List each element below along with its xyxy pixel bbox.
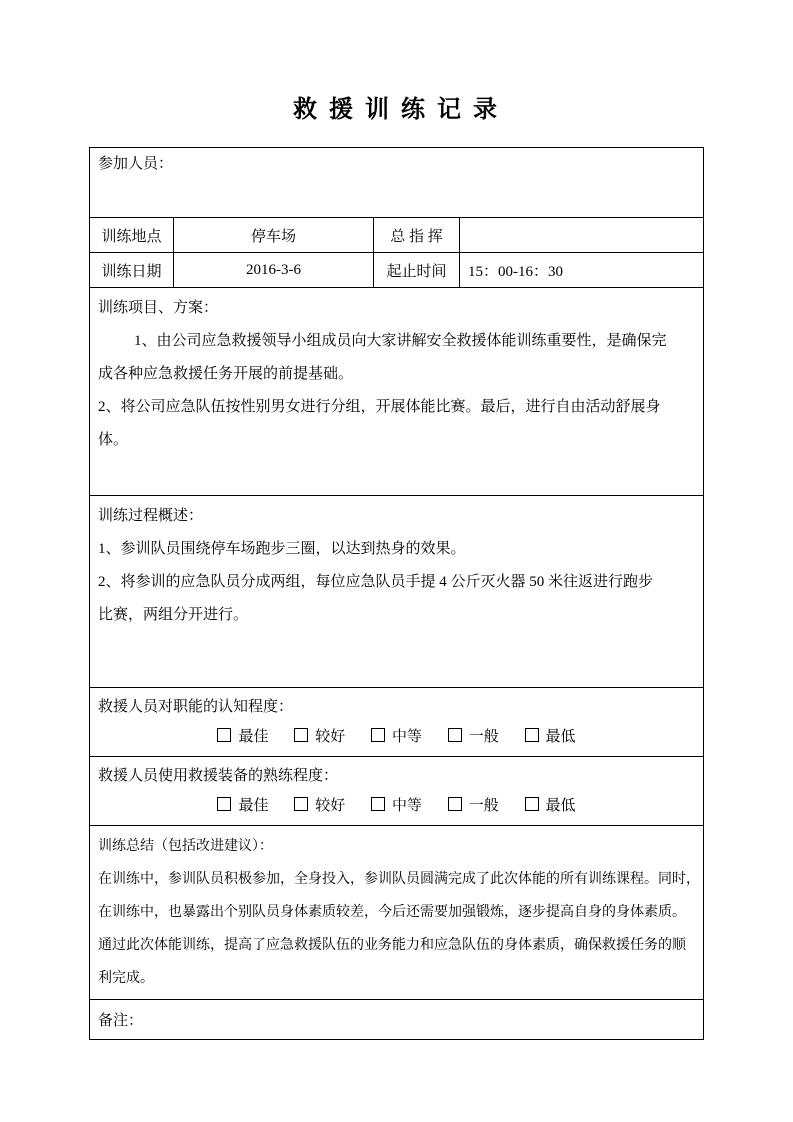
rating-option-medium[interactable]: 中等 [371,791,422,821]
rating-option-lowest[interactable]: 最低 [525,722,576,752]
checkbox-icon[interactable] [294,728,308,742]
remarks-label: 备注： [98,1013,143,1029]
summary-row: 训练总结（包括改进建议）： 在训练中，参训队员积极参加，全身投入，参训队员圆满完… [89,826,703,1000]
cognition-rating-cell: 救援人员对职能的认知程度： 最佳 较好 中等 一般 最低 [89,688,703,757]
remarks-row: 备注： [89,1000,703,1040]
plan-line: 体。 [98,424,695,457]
rating-option-best[interactable]: 最佳 [217,722,268,752]
equipment-rating-row: 救援人员使用救援装备的熟练程度： 最佳 较好 中等 一般 最低 [89,757,703,826]
process-cell: 训练过程概述： 1、参训队员围绕停车场跑步三圈，以达到热身的效果。 2、将参训的… [89,496,703,688]
date-value: 2016-3-6 [246,262,301,278]
summary-line: 通过此次体能训练，提高了应急救援队伍的业务能力和应急队伍的身体素质，确保救援任务… [98,929,695,962]
rating-option-label: 一般 [469,798,499,814]
rating-option-good[interactable]: 较好 [294,791,345,821]
rating-option-label: 较好 [315,798,345,814]
commander-label: 总 指 挥 [390,229,443,245]
rating-option-fair[interactable]: 一般 [448,722,499,752]
equipment-rating-heading: 救援人员使用救援装备的熟练程度： [98,761,695,791]
date-time-row: 训练日期 2016-3-6 起止时间 15：00-16：30 [89,253,703,288]
training-record-table: 参加人员： 训练地点 停车场 总 指 挥 训练日期 2016-3-6 [89,147,704,1040]
rating-option-good[interactable]: 较好 [294,722,345,752]
rating-option-label: 中等 [392,798,422,814]
rating-option-label: 最低 [546,798,576,814]
summary-line: 利完成。 [98,962,695,995]
summary-cell: 训练总结（包括改进建议）： 在训练中，参训队员积极参加，全身投入，参训队员圆满完… [89,826,703,1000]
time-value: 15：00-16：30 [468,264,563,280]
plan-row: 训练项目、方案： 1、由公司应急救援领导小组成员向大家讲解安全救援体能训练重要性… [89,288,703,496]
checkbox-icon[interactable] [525,797,539,811]
location-label-cell: 训练地点 [89,218,173,253]
time-label-cell: 起止时间 [373,253,459,288]
time-label: 起止时间 [386,264,446,280]
plan-line: 成各种应急救援任务开展的前提基础。 [98,358,695,391]
rating-option-label: 较好 [315,729,345,745]
checkbox-icon[interactable] [294,797,308,811]
checkbox-icon[interactable] [371,728,385,742]
participants-cell: 参加人员： [89,148,703,218]
plan-line: 2、将公司应急队伍按性别男女进行分组，开展体能比赛。最后，进行自由活动舒展身 [98,391,695,424]
process-heading: 训练过程概述： [98,500,695,533]
location-value: 停车场 [251,229,296,245]
date-value-cell: 2016-3-6 [173,253,373,288]
rating-option-best[interactable]: 最佳 [217,791,268,821]
cognition-rating-row: 救援人员对职能的认知程度： 最佳 较好 中等 一般 最低 [89,688,703,757]
rating-option-label: 中等 [392,729,422,745]
process-row: 训练过程概述： 1、参训队员围绕停车场跑步三圈，以达到热身的效果。 2、将参训的… [89,496,703,688]
location-value-cell: 停车场 [173,218,373,253]
time-value-cell: 15：00-16：30 [459,253,703,288]
checkbox-icon[interactable] [525,728,539,742]
document-page: 救 援 训 练 记 录 参加人员： 训练地点 停车场 总 指 挥 [0,0,793,1122]
equipment-rating-options: 最佳 较好 中等 一般 最低 [98,791,695,821]
commander-label-cell: 总 指 挥 [373,218,459,253]
rating-option-fair[interactable]: 一般 [448,791,499,821]
location-commander-row: 训练地点 停车场 总 指 挥 [89,218,703,253]
equipment-rating-cell: 救援人员使用救援装备的熟练程度： 最佳 较好 中等 一般 最低 [89,757,703,826]
rating-option-medium[interactable]: 中等 [371,722,422,752]
plan-heading: 训练项目、方案： [98,292,695,325]
plan-cell: 训练项目、方案： 1、由公司应急救援领导小组成员向大家讲解安全救援体能训练重要性… [89,288,703,496]
rating-option-lowest[interactable]: 最低 [525,791,576,821]
cognition-rating-heading: 救援人员对职能的认知程度： [98,692,695,722]
cognition-rating-options: 最佳 较好 中等 一般 最低 [98,722,695,752]
remarks-cell: 备注： [89,1000,703,1040]
checkbox-icon[interactable] [448,728,462,742]
summary-heading: 训练总结（包括改进建议）： [98,830,695,863]
date-label: 训练日期 [101,264,161,280]
rating-option-label: 最佳 [238,798,268,814]
summary-line: 在训练中，参训队员积极参加，全身投入，参训队员圆满完成了此次体能的所有训练课程。… [98,863,695,896]
location-label: 训练地点 [101,229,161,245]
process-line: 2、将参训的应急队员分成两组，每位应急队员手提 4 公斤灭火器 50 米往返进行… [98,566,695,599]
page-title: 救 援 训 练 记 录 [0,0,793,126]
plan-line: 1、由公司应急救援领导小组成员向大家讲解安全救援体能训练重要性，是确保完 [98,325,695,358]
process-line: 1、参训队员围绕停车场跑步三圈，以达到热身的效果。 [98,533,695,566]
checkbox-icon[interactable] [371,797,385,811]
checkbox-icon[interactable] [448,797,462,811]
summary-line: 在训练中，也暴露出个别队员身体素质较差，今后还需要加强锻炼，逐步提高自身的身体素… [98,896,695,929]
checkbox-icon[interactable] [217,728,231,742]
rating-option-label: 一般 [469,729,499,745]
commander-value-cell [459,218,703,253]
rating-option-label: 最佳 [238,729,268,745]
checkbox-icon[interactable] [217,797,231,811]
process-line: 比赛，两组分开进行。 [98,599,695,632]
rating-option-label: 最低 [546,729,576,745]
participants-label: 参加人员： [98,156,173,172]
participants-row: 参加人员： [89,148,703,218]
date-label-cell: 训练日期 [89,253,173,288]
